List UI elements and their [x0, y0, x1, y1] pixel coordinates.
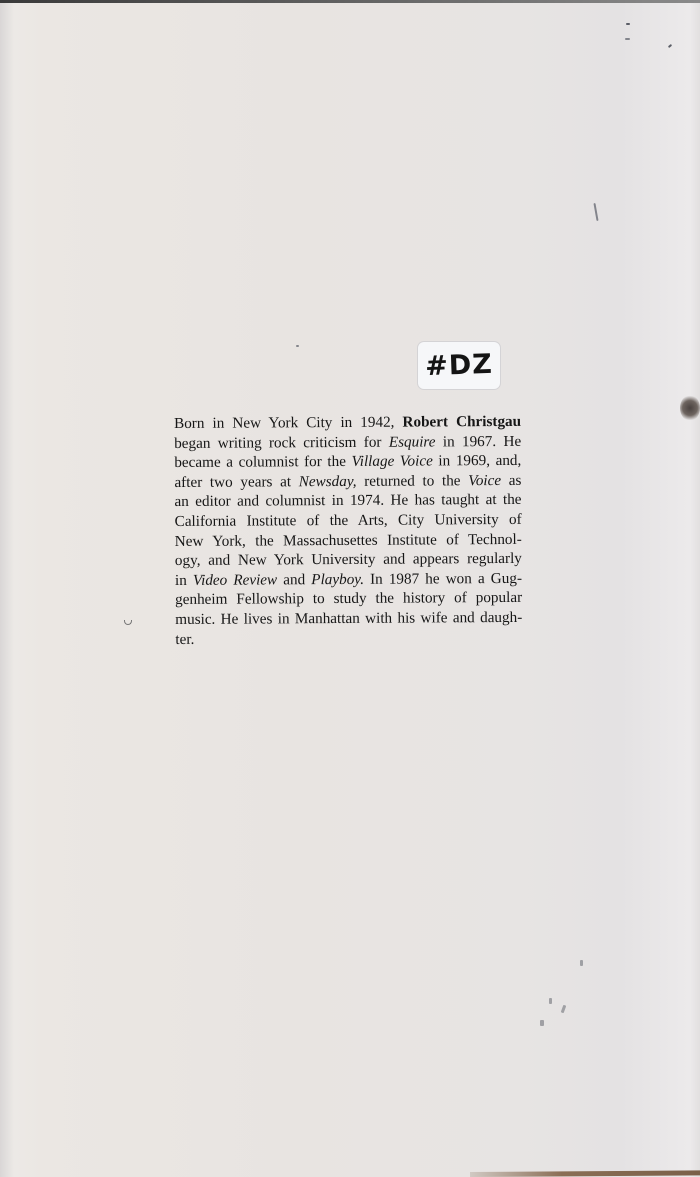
ink-blot — [680, 395, 700, 421]
page-bottom-edge — [470, 1170, 700, 1177]
bio-text: New York, the Massachusettes Institute o… — [175, 530, 522, 549]
bio-line: New York, the Massachusettes Institute o… — [175, 529, 522, 551]
bio-line: Born in New York City in 1942, Robert Ch… — [174, 412, 521, 434]
bio-text: California Institute of the Arts, City U… — [175, 511, 522, 530]
speck-mark — [561, 1005, 567, 1014]
speck-mark — [580, 960, 583, 966]
author-biography: Born in New York City in 1942, Robert Ch… — [174, 412, 522, 649]
speck-mark — [124, 620, 132, 625]
speck-mark — [593, 203, 598, 221]
bio-text: music. He lives in Manhattan with his wi… — [175, 609, 522, 628]
bio-line: became a columnist for the Village Voice… — [174, 451, 521, 473]
sticker-label: #DZ — [417, 341, 501, 391]
bio-text: returned to the — [356, 472, 468, 490]
publication-title: Video Review — [193, 571, 277, 589]
bio-text: an editor and columnist in 1974. He has … — [174, 491, 521, 510]
label-sticker: #DZ — [418, 342, 500, 389]
publication-title: Voice — [468, 472, 501, 489]
author-name: Robert Christgau — [402, 413, 521, 431]
bio-line: in Video Review and Playboy. In 1987 he … — [175, 569, 522, 591]
publication-title: Playboy. — [311, 571, 364, 588]
bio-text: ter. — [175, 630, 194, 647]
speck-mark — [668, 44, 672, 48]
book-page: #DZ Born in New York City in 1942, Rober… — [0, 0, 700, 1177]
bio-text: in — [175, 572, 193, 589]
bio-line: ogy, and New York University and appears… — [175, 549, 522, 571]
bio-line: ter. — [175, 627, 522, 649]
bio-text: In 1987 he won a Gug- — [364, 570, 522, 588]
bio-line: after two years at Newsday, returned to … — [174, 471, 521, 493]
bio-text: ogy, and New York University and appears… — [175, 550, 522, 569]
speck-mark — [549, 998, 552, 1004]
speck-mark — [625, 38, 630, 40]
bio-line: began writing rock criticism for Esquire… — [174, 431, 521, 453]
bio-text: in 1969, and, — [433, 452, 522, 470]
bio-line: an editor and columnist in 1974. He has … — [174, 490, 521, 512]
bio-text: began writing rock criticism for — [174, 433, 389, 451]
publication-title: Village Voice — [352, 453, 433, 470]
bio-line: music. He lives in Manhattan with his wi… — [175, 608, 522, 630]
bio-text: as — [501, 472, 521, 489]
publication-title: Newsday, — [299, 473, 357, 490]
speck-mark — [626, 23, 630, 25]
speck-mark — [296, 345, 299, 347]
bio-text: and — [277, 571, 311, 588]
publication-title: Esquire — [389, 433, 436, 450]
page-top-edge — [0, 0, 700, 3]
bio-text: Born in New York City in 1942, — [174, 414, 403, 432]
speck-mark — [540, 1020, 544, 1026]
bio-line: California Institute of the Arts, City U… — [175, 510, 522, 532]
bio-line: genheim Fellowship to study the history … — [175, 588, 522, 610]
bio-text: became a columnist for the — [174, 453, 351, 471]
bio-text: genheim Fellowship to study the history … — [175, 589, 522, 608]
bio-text: after two years at — [174, 473, 298, 491]
bio-text: in 1967. He — [435, 432, 521, 450]
